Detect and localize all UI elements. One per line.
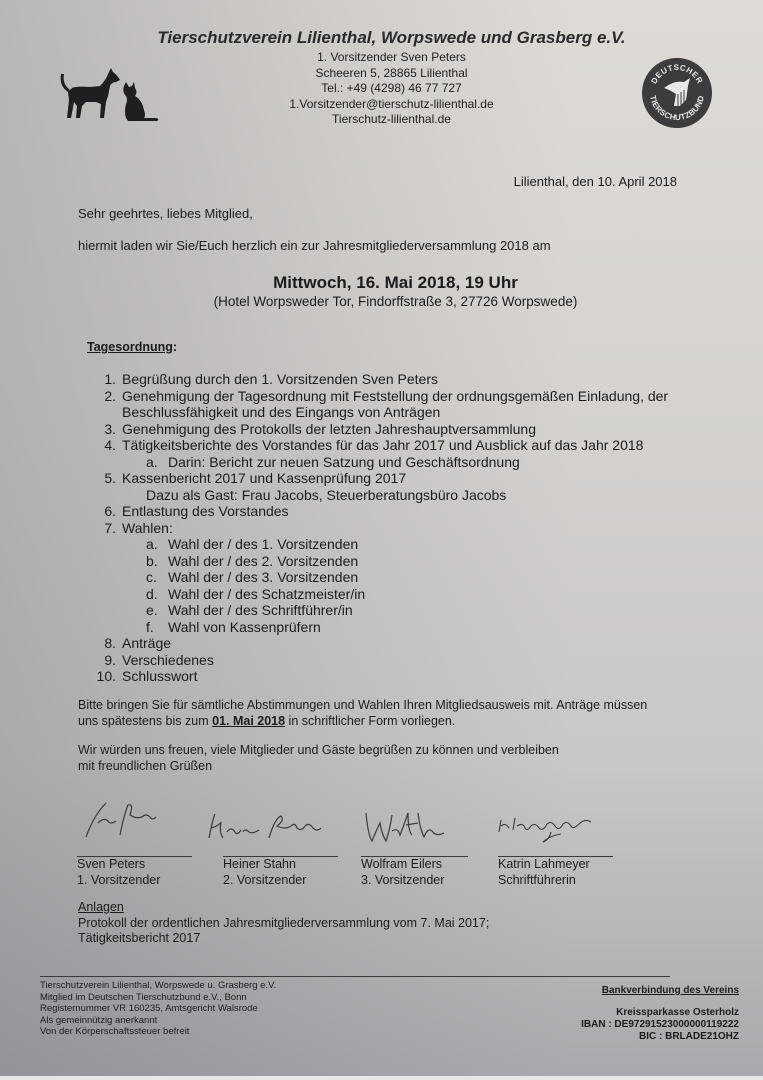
signatory: Wolfram Eilers3. Vorsitzender [361,856,444,888]
signatory-name: Katrin Lahmeyer [498,856,590,872]
signature-heiner-stahn [205,808,345,848]
notice-deadline: 01. Mai 2018 [212,714,285,728]
agenda-item-number: 10. [87,668,122,685]
agenda-subitem-letter: a. [146,454,168,471]
event-venue: (Hotel Worpsweder Tor, Findorffstraße 3,… [0,294,763,309]
notice-text: uns spätestens bis zum [78,714,212,728]
bank-heading: Bankverbindung des Vereins [581,985,739,997]
agenda-subitem-text: Darin: Bericht zur neuen Satzung und Ges… [168,454,520,471]
page-edge [0,1076,763,1080]
agenda-item-number: 4. [87,437,122,454]
place-and-date: Lilienthal, den 10. April 2018 [514,174,677,189]
closing-line-2: mit freundlichen Grüßen [78,759,559,775]
agenda-item-number: 5. [87,470,122,487]
agenda-subitem: f.Wahl von Kassenprüfern [87,619,668,636]
signatory: Heiner Stahn2. Vorsitzender [223,856,306,888]
agenda-subitem-letter: d. [146,586,168,603]
agenda-heading-text: Tagesordnung [87,340,173,354]
footer-legal-info: Tierschutzverein Lilienthal, Worpswede u… [40,980,276,1038]
agenda-item: 9.Verschiedenes [87,652,668,669]
agenda-item: 2.Genehmigung der Tagesordnung mit Fests… [87,388,668,405]
footer-line: Von der Körperschaftssteuer befreit [40,1026,276,1038]
closing-paragraph: Wir würden uns freuen, viele Mitglieder … [78,743,559,774]
attachment-item: Tätigkeitsbericht 2017 [78,931,489,947]
agenda-subitem-letter: c. [146,569,168,586]
signatory: Katrin LahmeyerSchriftführerin [498,856,590,888]
agenda-item-number: 3. [87,421,122,438]
signature-wolfram-eilers [362,805,457,850]
agenda-item-text: Anträge [122,635,171,652]
footer-line: Tierschutzverein Lilienthal, Worpswede u… [40,980,276,992]
invitation-intro: hiermit laden wir Sie/Euch herzlich ein … [78,238,551,253]
agenda-item: 1.Begrüßung durch den 1. Vorsitzenden Sv… [87,371,668,388]
agenda-item-text: Verschiedenes [122,652,214,669]
agenda-subitem-text: Wahl der / des Schriftführer/in [168,602,353,619]
agenda-item: 3.Genehmigung des Protokolls der letzten… [87,421,668,438]
signatory-role: 3. Vorsitzender [361,872,444,888]
agenda-item-text: Schlusswort [122,668,197,685]
agenda-item: 4.Tätigkeitsberichte des Vorstandes für … [87,437,668,454]
agenda-item: 10.Schlusswort [87,668,668,685]
signatory-role: 2. Vorsitzender [223,872,306,888]
bank-details: Bankverbindung des Vereins Kreissparkass… [581,985,739,1043]
footer-line: Registernummer VR 160235, Amtsgericht Wa… [40,1003,276,1015]
agenda-subitem: a.Wahl der / des 1. Vorsitzenden [87,536,668,553]
notice-paragraph: Bitte bringen Sie für sämtliche Abstimmu… [78,697,647,729]
signatory: Sven Peters1. Vorsitzender [77,856,160,888]
agenda-subitem: a.Darin: Bericht zur neuen Satzung und G… [87,454,668,471]
agenda-item-number: 2. [87,388,122,405]
agenda-item: 7.Wahlen: [87,520,668,537]
signatory-name: Sven Peters [77,856,160,872]
agenda-subitem-letter: a. [146,536,168,553]
agenda-item-number: 8. [87,635,122,652]
agenda-subitem-letter: e. [146,602,168,619]
agenda-item-text: Begrüßung durch den 1. Vorsitzenden Sven… [122,371,438,388]
agenda-item-text: Kassenbericht 2017 und Kassenprüfung 201… [122,470,406,487]
signatory-role: Schriftführerin [498,872,590,888]
deutscher-tierschutzbund-seal-icon: DEUTSCHER TIERSCHUTZBUND [640,56,714,130]
attachments-heading: Anlagen [78,900,489,916]
dog-and-cat-silhouette-icon [56,66,162,126]
agenda-item-text: Genehmigung des Protokolls der letzten J… [122,421,536,438]
bank-name: Kreissparkasse Osterholz [581,1007,739,1019]
closing-line-1: Wir würden uns freuen, viele Mitglieder … [78,743,559,759]
footer-line: Als gemeinnützig anerkannt [40,1015,276,1027]
agenda-item: 8.Anträge [87,635,668,652]
agenda-subitem-text: Wahl der / des 2. Vorsitzenden [168,553,358,570]
agenda-heading-colon: : [173,340,177,354]
agenda-item: 6.Entlastung des Vorstandes [87,503,668,520]
attachments: Anlagen Protokoll der ordentlichen Jahre… [78,900,489,947]
agenda-item-number: 1. [87,371,122,388]
notice-text: in schriftlicher Form vorliegen. [285,714,455,728]
bank-iban: IBAN : DE97291523000000119222 [581,1019,739,1031]
agenda-item-continuation: Beschlussfähigkeit und des Eingangs von … [87,404,668,421]
agenda-subitem-text: Wahl der / des Schatzmeister/in [168,586,365,603]
footer-line: Mitglied im Deutschen Tierschutzbund e.V… [40,992,276,1004]
signature-katrin-lahmeyer [495,810,605,850]
agenda-subitem-text: Wahl von Kassenprüfern [168,619,321,636]
agenda-item: 5.Kassenbericht 2017 und Kassenprüfung 2… [87,470,668,487]
agenda-list: 1.Begrüßung durch den 1. Vorsitzenden Sv… [87,371,668,685]
agenda-subitem-text: Wahl der / des 1. Vorsitzenden [168,536,358,553]
organization-title: Tierschutzverein Lilienthal, Worpswede u… [0,28,763,48]
footer-divider [40,976,670,977]
agenda-subitem-text: Wahl der / des 3. Vorsitzenden [168,569,358,586]
agenda-subitem: c.Wahl der / des 3. Vorsitzenden [87,569,668,586]
agenda-item-number: 7. [87,520,122,537]
signatory-role: 1. Vorsitzender [77,872,160,888]
notice-line-1: Bitte bringen Sie für sämtliche Abstimmu… [78,697,647,713]
event-date: Mittwoch, 16. Mai 2018, 19 Uhr [0,273,763,293]
agenda-subitem: d.Wahl der / des Schatzmeister/in [87,586,668,603]
signatory-name: Wolfram Eilers [361,856,444,872]
attachment-item: Protokoll der ordentlichen Jahresmitglie… [78,916,489,932]
agenda-subitem-letter: b. [146,553,168,570]
agenda-heading: Tagesordnung: [87,340,177,354]
agenda-subitem: e.Wahl der / des Schriftführer/in [87,602,668,619]
agenda-item-text: Genehmigung der Tagesordnung mit Festste… [122,388,668,405]
signatory-name: Heiner Stahn [223,856,306,872]
agenda-item-text: Entlastung des Vorstandes [122,503,289,520]
agenda-subitem-letter: f. [146,619,168,636]
agenda-item-text: Wahlen: [122,520,173,537]
notice-line-2: uns spätestens bis zum 01. Mai 2018 in s… [78,713,647,729]
agenda-item-number: 6. [87,503,122,520]
salutation: Sehr geehrtes, liebes Mitglied, [78,206,253,221]
agenda-item-number: 9. [87,652,122,669]
agenda-subitem: b.Wahl der / des 2. Vorsitzenden [87,553,668,570]
signature-sven-peters [80,795,170,845]
agenda-item-guest-note: Dazu als Gast: Frau Jacobs, Steuerberatu… [87,487,668,504]
bank-bic: BIC : BRLADE21OHZ [581,1031,739,1043]
agenda-item-text: Tätigkeitsberichte des Vorstandes für da… [122,437,643,454]
